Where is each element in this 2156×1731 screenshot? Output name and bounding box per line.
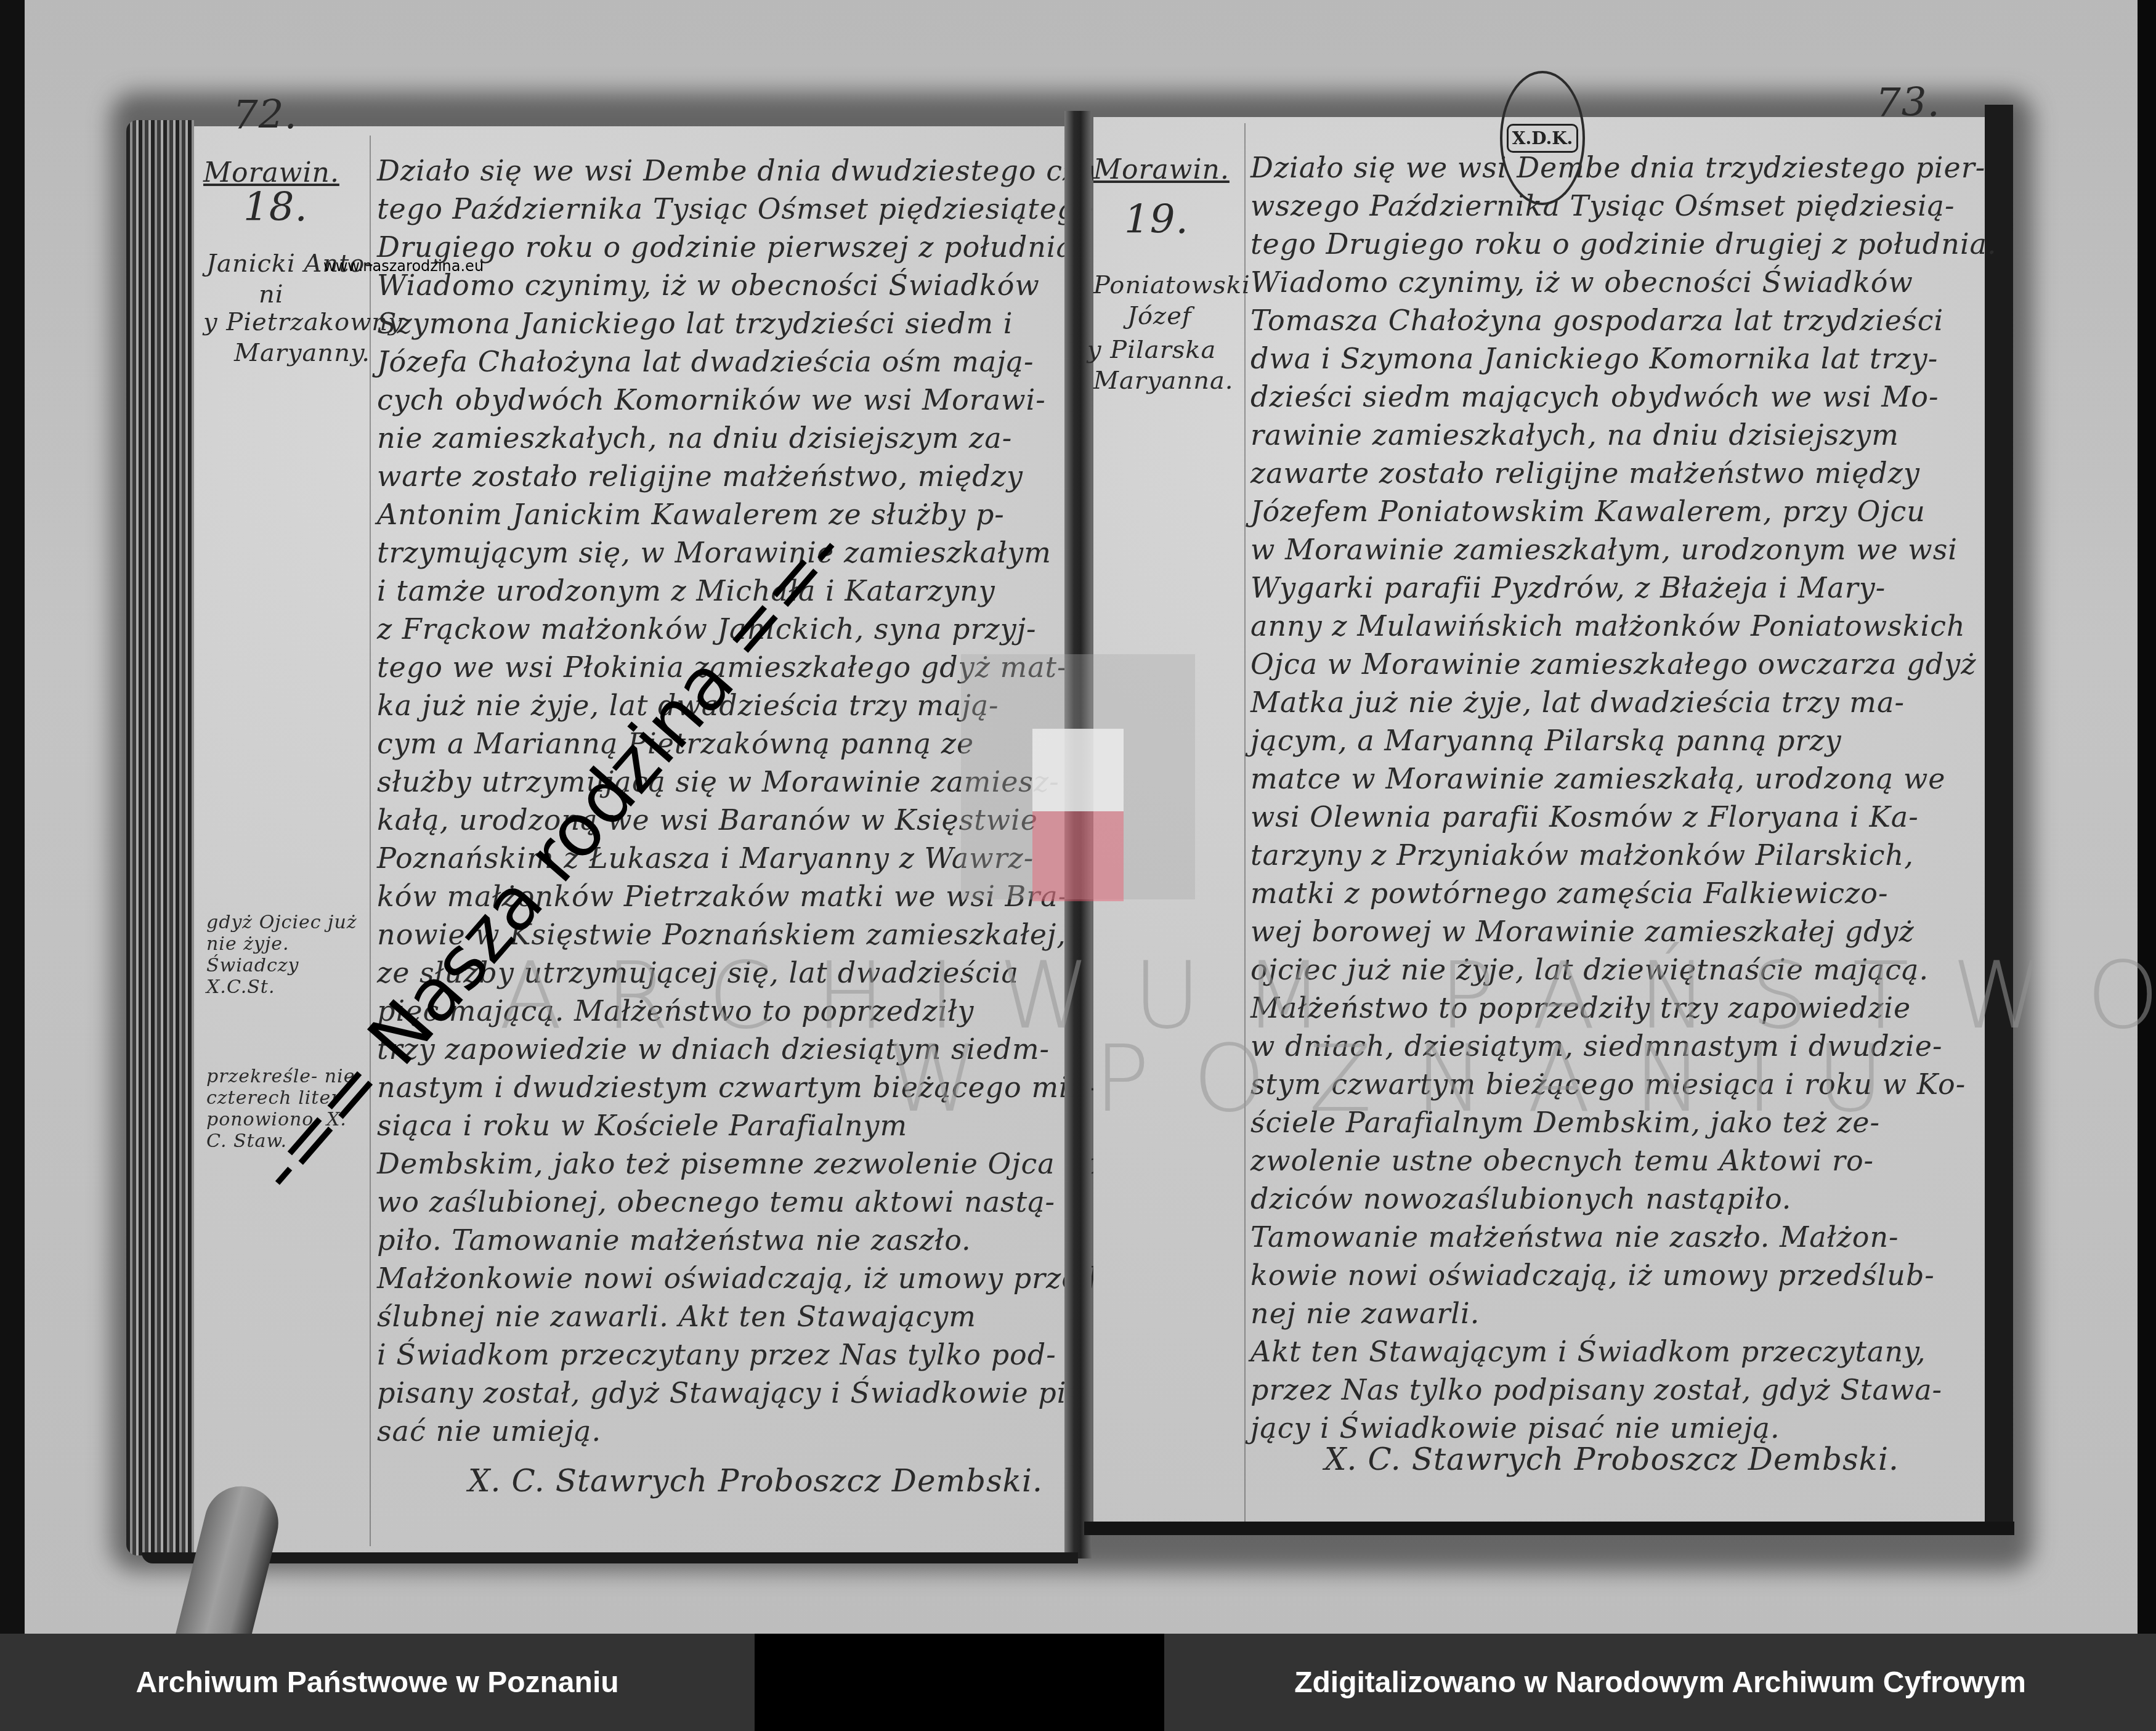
text-line: zawarte zostało religijne małżeństwo mię… <box>1250 456 1920 490</box>
left-entry-village: Morawin. <box>203 157 339 189</box>
text-line: i Świadkom przeczytany przez Nas tylko p… <box>377 1338 1056 1371</box>
text-line: sać nie umieją. <box>377 1414 601 1448</box>
left-entry-number: 18. <box>243 185 308 230</box>
text-line: Ojca w Morawinie zamieszkałego owczarza … <box>1250 647 1976 681</box>
text-line: warte zostało religijne małżeństwo, międ… <box>377 460 1023 493</box>
text-line: jącym, a Maryanną Pilarską panną przy <box>1250 724 1842 757</box>
archive-name: Archiwum Państwowe w Poznaniu <box>136 1666 618 1700</box>
text-line: piło. Tamowanie małżeństwa nie zaszło. <box>377 1223 971 1257</box>
text-line: pisany został, gdyż Stawający i Świadkow… <box>377 1376 1077 1409</box>
left-margin-name-2: ni <box>259 280 284 309</box>
right-cover-edge <box>1985 105 2013 1534</box>
right-margin-name-2: Józef <box>1127 302 1192 330</box>
left-page-stack-edge <box>126 120 194 1555</box>
text-line: Antonim Janickim Kawalerem ze służby p- <box>377 498 1005 531</box>
text-line: matki z powtórnego zamęścia Falkiewiczo- <box>1250 877 1889 910</box>
text-line: Tomasza Chałożyna gospodarza lat trzydzi… <box>1250 304 1943 337</box>
left-margin-name-3: y Pietrzakowny <box>203 308 403 336</box>
text-line: Działo się we wsi Dembe dnia trzydzieste… <box>1250 151 1985 184</box>
flag-watermark-white <box>1032 729 1124 811</box>
text-line: zwolenie ustne obecnych temu Aktowi ro- <box>1250 1144 1874 1177</box>
text-line: służby utrzymującą się w Morawinie zamie… <box>377 765 1060 798</box>
text-line: jący i Świadkowie pisać nie umieją. <box>1250 1411 1780 1445</box>
scan-left-border <box>0 0 25 1634</box>
scan-right-border <box>2138 0 2156 1634</box>
right-bottom-edge <box>1084 1522 2014 1535</box>
left-margin-name-4: Maryanny. <box>234 339 370 367</box>
text-line: Szymona Janickiego lat trzydzieści siedm… <box>377 307 1013 340</box>
right-margin-name-3: y Pilarska <box>1087 336 1216 364</box>
left-margin-note-1: gdyż Ojciec już nie żyje. Świadczy X.C.S… <box>206 912 360 998</box>
text-line: anny z Mulawińskich małżonków Poniatowsk… <box>1250 609 1966 643</box>
right-margin-rule <box>1244 123 1246 1522</box>
text-line: trzymującym się, w Morawinie zamieszkały… <box>377 536 1052 569</box>
text-line: Dembskim, jako też pisemne zezwolenie Oj… <box>377 1147 1111 1180</box>
text-line: tego Października Tysiąc Ośmset piędzies… <box>377 192 1093 225</box>
text-line: w Morawinie zamieszkałym, urodzonym we w… <box>1250 533 1958 566</box>
text-line: kowie nowi oświadczają, iż umowy przedśl… <box>1250 1259 1935 1292</box>
left-page-number: 72. <box>233 92 298 138</box>
text-line: wsi Olewnia parafii Kosmów z Floryana i … <box>1250 800 1919 833</box>
footer-right-panel: Zdigitalizowano w Narodowym Archiwum Cyf… <box>1164 1634 2156 1731</box>
digitization-credit: Zdigitalizowano w Narodowym Archiwum Cyf… <box>1294 1666 2026 1700</box>
archive-watermark-line2: W POZNANIU <box>887 1026 1927 1133</box>
text-line: dziców nowozaślubionych nastąpiło. <box>1250 1182 1791 1215</box>
text-line: Małżonkowie nowi oświadczają, iż umowy p… <box>377 1262 1108 1295</box>
text-line: kałą, urodzoną we wsi Baranów w Księstwi… <box>377 803 1038 837</box>
text-line: ślubnej nie zawarli. Akt ten Stawającym <box>377 1300 976 1333</box>
footer-left-panel: Archiwum Państwowe w Poznaniu <box>0 1634 755 1731</box>
text-line: dzieści siedm mających obydwóch we wsi M… <box>1250 380 1939 413</box>
right-entry-village: Morawin. <box>1093 154 1230 185</box>
text-line: Matka już nie żyje, lat dwadzieścia trzy… <box>1250 686 1905 719</box>
text-line: wo zaślubionej, obecnego temu aktowi nas… <box>377 1185 1055 1218</box>
right-signature: X. C. Stawrych Proboszcz Dembski. <box>1324 1441 1899 1477</box>
left-signature: X. C. Stawrych Proboszcz Dembski. <box>468 1463 1043 1499</box>
text-line: i tamże urodzonym z Michała i Katarzyny <box>377 574 995 607</box>
flag-watermark-red <box>1032 811 1124 901</box>
text-line: cych obydwóch Komorników we wsi Morawi- <box>377 383 1046 416</box>
archive-stamp: X.D.K. <box>1500 71 1585 205</box>
site-url-watermark: www.naszarodzina.eu <box>323 257 484 275</box>
scanned-register-image: 72. Morawin. 18. Janicki Anto- ni y Piet… <box>0 0 2156 1634</box>
text-line: Józefa Chałożyna lat dwadzieścia ośm maj… <box>377 345 1034 378</box>
left-bottom-edge <box>142 1552 1078 1563</box>
text-line: siąca i roku w Kościele Parafialnym <box>377 1109 907 1142</box>
text-line: Akt ten Stawającym i Świadkom przeczytan… <box>1250 1335 1926 1368</box>
text-line: nie zamieszkałych, na dniu dzisiejszym z… <box>377 421 1012 455</box>
text-line: tarzyny z Przyniaków małżonków Pilarskic… <box>1250 838 1914 872</box>
text-line: rawinie zamieszkałych, na dniu dzisiejsz… <box>1250 418 1899 452</box>
right-page-number: 73. <box>1876 80 1940 126</box>
text-line: Tamowanie małżeństwa nie zaszło. Małżon- <box>1250 1220 1899 1254</box>
right-margin-name-1: Poniatowski <box>1093 271 1250 299</box>
text-line: Józefem Poniatowskim Kawalerem, przy Ojc… <box>1250 495 1926 528</box>
text-line: wszego Października Tysiąc Ośmset piędzi… <box>1250 189 1955 222</box>
stamp-text: X.D.K. <box>1507 124 1579 153</box>
right-entry-number: 19. <box>1124 197 1189 243</box>
text-line: Działo się we wsi Dembe dnia dwudziesteg… <box>377 154 1145 187</box>
text-line: tego Drugiego roku o godzinie drugiej z … <box>1250 227 1997 261</box>
text-line: Poznańskim z Łukasza i Maryanny z Wawrz- <box>377 841 1034 875</box>
text-line: dwa i Szymona Janickiego Komornika lat t… <box>1250 342 1938 375</box>
footer-banner: Archiwum Państwowe w Poznaniu Zdigitaliz… <box>0 1634 2156 1731</box>
text-line: Wygarki parafii Pyzdrów, z Błażeja i Mar… <box>1250 571 1886 604</box>
text-line: Wiadomo czynimy, iż w obecności Świadków <box>1250 266 1913 299</box>
text-line: nej nie zawarli. <box>1250 1297 1480 1330</box>
text-line: przez Nas tylko podpisany został, gdyż S… <box>1250 1373 1942 1406</box>
text-line: matce w Morawinie zamieszkałą, urodzoną … <box>1250 762 1946 795</box>
right-margin-name-4: Maryanna. <box>1093 367 1233 395</box>
